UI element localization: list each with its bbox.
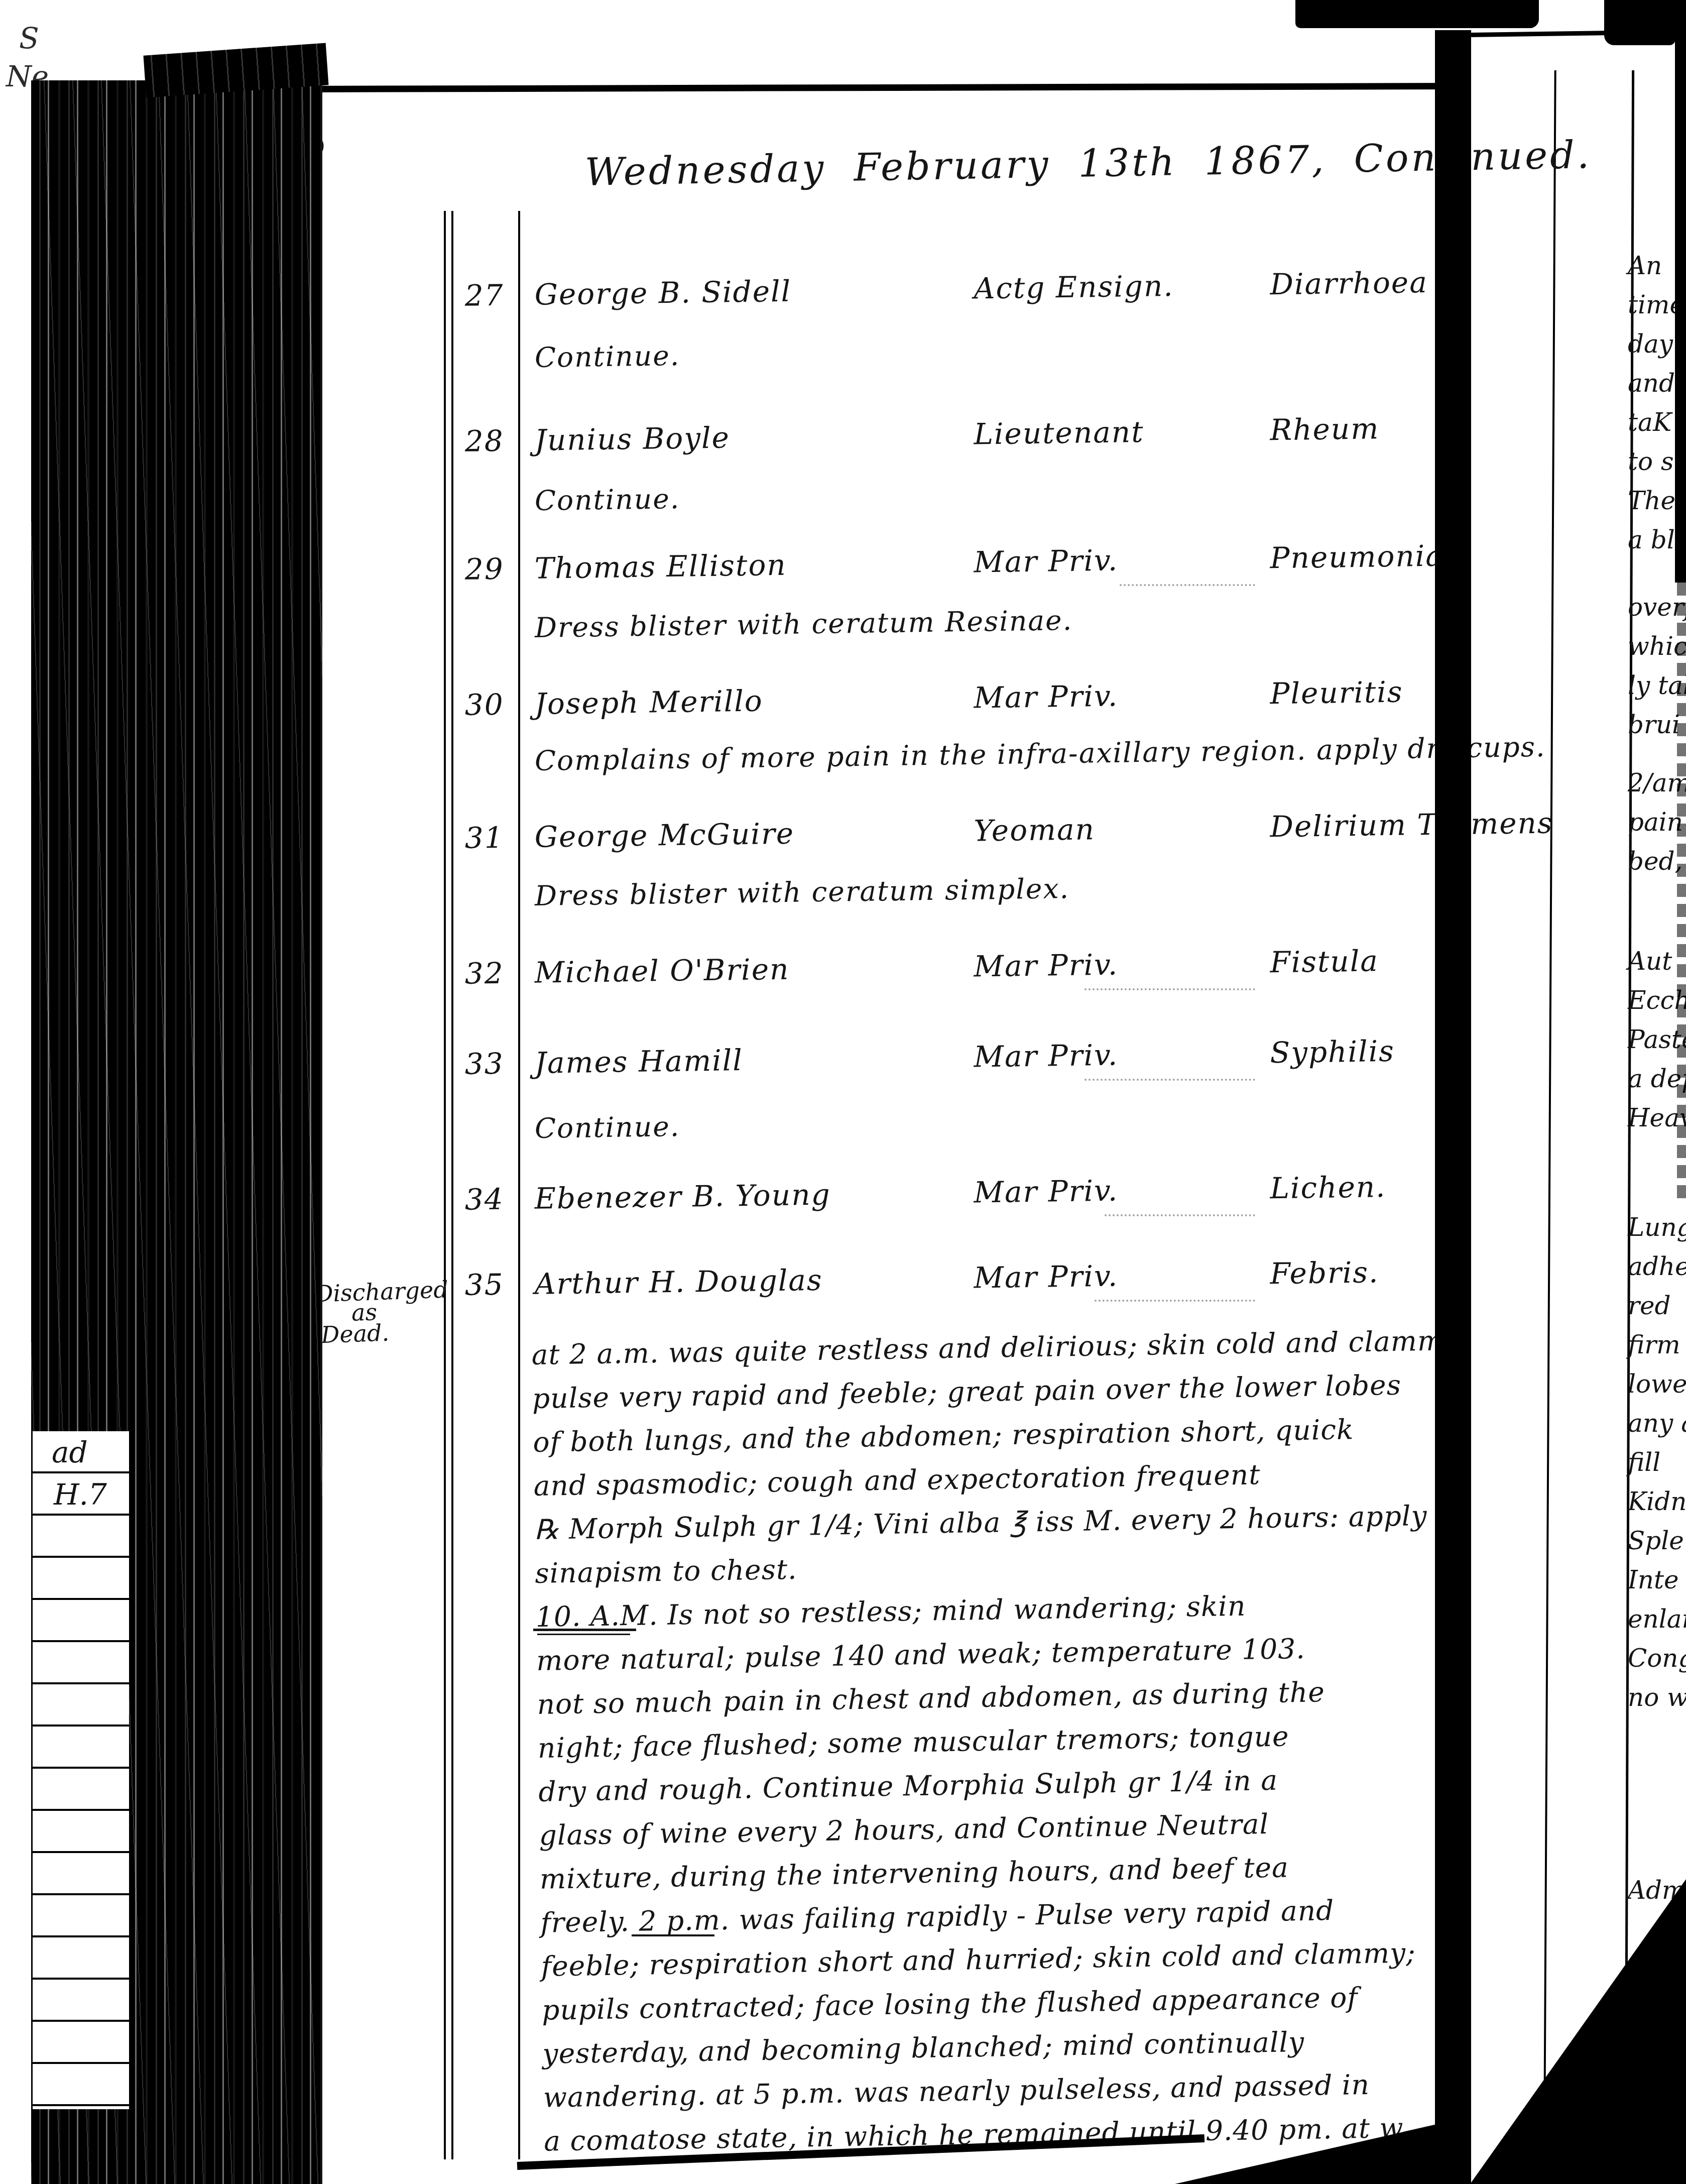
dotted-leader bbox=[1085, 1079, 1255, 1081]
underlying-page-ruled-patch: ad H.7 bbox=[33, 1431, 129, 2109]
patient-rank: Actg Ensign. bbox=[974, 269, 1174, 306]
patient-name: Ebenezer B. Young bbox=[534, 1178, 831, 1216]
entry-row-33: 33 James Hamill Mar Priv. Syphilis bbox=[454, 1033, 1459, 1107]
patient-rank: Mar Priv. bbox=[974, 1038, 1119, 1074]
entry-note: Dress blister with ceratum Resinae. bbox=[535, 604, 1073, 644]
scan-shadow-bottom-right bbox=[1470, 1879, 1686, 2184]
entry-number: 30 bbox=[454, 687, 515, 722]
diagnosis: Pneumonia bbox=[1270, 538, 1444, 575]
number-column-rule-1 bbox=[444, 211, 446, 2159]
scanned-logbook-page: 156 Wednesday February 13th 1867, Contin… bbox=[0, 0, 1686, 2184]
entry-number: 27 bbox=[454, 278, 515, 313]
scan-shadow-top-right bbox=[1604, 0, 1675, 45]
right-page-fragments: Lungadheredfirmloweany afillKidnSpleInte… bbox=[1628, 1208, 1686, 1717]
entry-number: 35 bbox=[454, 1267, 515, 1302]
entry-number: 34 bbox=[454, 1182, 515, 1217]
right-page-rule-1 bbox=[1543, 70, 1556, 2119]
diagnosis: Diarrhoea bbox=[1270, 265, 1428, 301]
page-top-edge bbox=[301, 83, 1456, 92]
right-page-fragment: enlarg bbox=[1628, 1599, 1686, 1639]
diagnosis: Rheum bbox=[1270, 411, 1380, 447]
margin-note-line: Dead. bbox=[321, 1317, 450, 1348]
underline-10am-2 bbox=[537, 1634, 630, 1635]
dotted-leader bbox=[1105, 1214, 1255, 1216]
left-edge-fragment: ad bbox=[52, 1435, 88, 1469]
patient-rank: Mar Priv. bbox=[974, 679, 1119, 715]
dotted-leader bbox=[1095, 1300, 1255, 1302]
entry-note: Continue. bbox=[535, 339, 680, 374]
scan-shadow-top bbox=[1295, 0, 1539, 28]
patient-name: Michael O'Brien bbox=[534, 952, 790, 990]
entry-row-34: 34 Ebenezer B. Young Mar Priv. Lichen. bbox=[454, 1169, 1459, 1243]
case-notes-entry-35: at 2 a.m. was quite restless and delirio… bbox=[531, 1319, 1478, 2163]
dotted-leader bbox=[1120, 584, 1255, 586]
patient-rank: Mar Priv. bbox=[974, 948, 1119, 984]
right-page-fragment: lowe bbox=[1628, 1364, 1686, 1404]
entry-row-32: 32 Michael O'Brien Mar Priv. Fistula bbox=[454, 943, 1459, 1017]
diagnosis: Febris. bbox=[1270, 1255, 1379, 1291]
diagnosis: Lichen. bbox=[1270, 1170, 1386, 1205]
patient-name: Arthur H. Douglas bbox=[534, 1263, 823, 1301]
right-page-fragment: fill bbox=[1628, 1443, 1686, 1482]
right-page-fragment: red bbox=[1628, 1286, 1686, 1325]
entry-note: Continue. bbox=[535, 483, 680, 517]
diagnosis: Syphilis bbox=[1270, 1034, 1395, 1070]
entry-number: 28 bbox=[454, 423, 515, 458]
right-page-fragment: no w bbox=[1628, 1678, 1686, 1717]
right-page-fragment: Inte bbox=[1628, 1560, 1686, 1599]
entry-row-35: 35 Arthur H. Douglas Mar Priv. Febris. bbox=[454, 1254, 1459, 1328]
margin-note-discharged-as-dead: Discharged as Dead. bbox=[314, 1276, 450, 1348]
patient-name: Joseph Merillo bbox=[534, 683, 763, 721]
entry-row-29: 29 Thomas Elliston Mar Priv. Pneumonia bbox=[454, 538, 1459, 613]
number-column-rule-2 bbox=[451, 211, 453, 2159]
right-page-fragment: Cong bbox=[1628, 1639, 1686, 1678]
diagnosis: Pleuritis bbox=[1270, 675, 1403, 711]
entry-row-28: 28 Junius Boyle Lieutenant Rheum bbox=[454, 410, 1459, 485]
dotted-leader bbox=[1085, 988, 1255, 990]
patient-name: Thomas Elliston bbox=[534, 548, 787, 586]
patient-name: Junius Boyle bbox=[534, 420, 730, 457]
patient-rank: Yeoman bbox=[974, 812, 1095, 848]
scan-shadow-right-faint bbox=[1677, 583, 1686, 1205]
patient-name: George McGuire bbox=[534, 817, 794, 854]
right-page-fragment: Lung bbox=[1628, 1208, 1686, 1247]
underline-10am bbox=[533, 1629, 636, 1631]
left-edge-fragment: S bbox=[19, 21, 39, 55]
patient-rank: Lieutenant bbox=[974, 415, 1144, 451]
left-edge-fragment: H.7 bbox=[54, 1477, 107, 1512]
entry-row-31: 31 George McGuire Yeoman Delirium Tremen… bbox=[454, 807, 1459, 881]
right-page-fragment: Kidn bbox=[1628, 1482, 1686, 1521]
patient-name: George B. Sidell bbox=[534, 274, 791, 312]
margin-note-line: Discharged bbox=[314, 1276, 449, 1307]
entry-number: 33 bbox=[454, 1046, 515, 1081]
diagnosis: Delirium Tremens bbox=[1270, 806, 1553, 844]
right-page-fragment: Sple bbox=[1628, 1521, 1686, 1560]
patient-name: James Hamill bbox=[534, 1043, 743, 1080]
entry-note: Continue. bbox=[535, 1110, 680, 1144]
scan-shadow-right bbox=[1675, 0, 1686, 583]
entry-number: 31 bbox=[454, 820, 515, 855]
entry-row-27: 27 George B. Sidell Actg Ensign. Diarrho… bbox=[454, 265, 1459, 339]
right-page-fragment: firm bbox=[1628, 1325, 1686, 1364]
right-page-fragment: any a bbox=[1628, 1404, 1686, 1443]
entry-number: 32 bbox=[454, 956, 515, 991]
diagnosis: Fistula bbox=[1270, 944, 1379, 979]
right-page-fragment: adhe bbox=[1628, 1247, 1686, 1286]
patient-rank: Mar Priv. bbox=[974, 1174, 1119, 1210]
entry-note: Dress blister with ceratum simplex. bbox=[535, 872, 1070, 912]
underline-2pm bbox=[632, 1934, 714, 1936]
patient-rank: Mar Priv. bbox=[974, 543, 1119, 580]
patient-rank: Mar Priv. bbox=[974, 1259, 1119, 1295]
book-spine-gutter bbox=[1435, 30, 1471, 2184]
entry-number: 29 bbox=[454, 551, 515, 587]
